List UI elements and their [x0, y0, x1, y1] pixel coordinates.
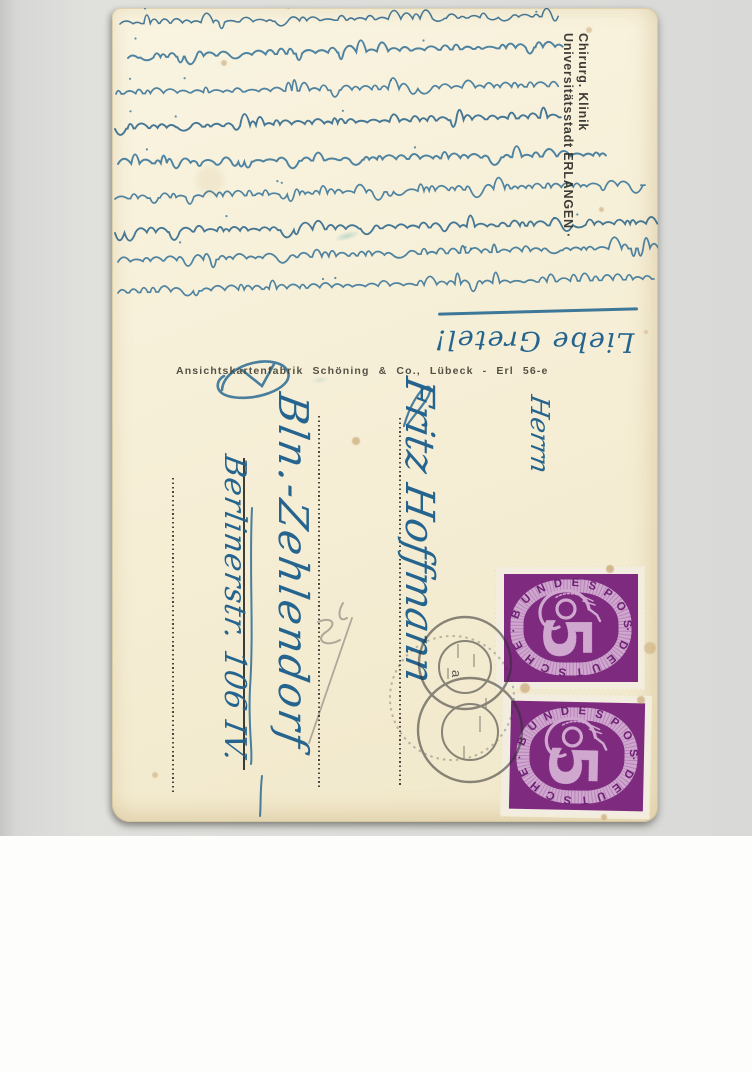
ink-smudge — [328, 226, 366, 247]
address-rule-1 — [172, 478, 174, 793]
foxing-spot — [606, 565, 614, 573]
svg-text:5: 5 — [528, 615, 605, 661]
foxing-spot — [352, 437, 360, 445]
postmark-index-letter: a — [449, 670, 464, 678]
foxing-spot — [586, 27, 592, 33]
foxing-spot — [637, 696, 645, 704]
postmark-illegible-date-marks — [448, 644, 486, 758]
foxing-spot — [520, 683, 530, 693]
salutation-script: Liebe Gretel! — [425, 318, 644, 361]
recipient-name-script: Fritz Hoffmann — [396, 374, 442, 687]
foxing-spot — [599, 207, 604, 212]
foxing-spot — [644, 330, 648, 334]
postcard: Universitätsstadt ERLANGEN · Chirurg. Kl… — [112, 8, 658, 822]
foxing-spot — [221, 60, 227, 66]
street-script: Berlinerstr. 106 IV. — [217, 452, 252, 765]
postage-stamp-2: ·DEUTSCHE·BUNDESPOST55 — [500, 692, 653, 819]
postage-stamp-1: ·DEUTSCHE·BUNDESPOST55 — [495, 566, 645, 690]
printed-caption: Universitätsstadt ERLANGEN · Chirurg. Kl… — [560, 33, 590, 265]
address-prefix-script: Herrn — [524, 393, 554, 475]
foxing-spot — [196, 166, 224, 194]
svg-text:5: 5 — [533, 742, 611, 790]
publisher-imprint: Ansichtskartenfabrik Schöning & Co., Lüb… — [176, 365, 549, 377]
salutation-underline — [438, 307, 638, 315]
foxing-spot — [152, 772, 158, 778]
foxing-spot — [601, 814, 607, 820]
foxing-spot — [644, 642, 656, 654]
caption-line-1: Universitätsstadt ERLANGEN · — [560, 33, 575, 265]
address-rule-3 — [318, 416, 320, 788]
city-script: Bln.-Zehlendorf — [269, 390, 317, 754]
caption-line-2: Chirurg. Klinik — [575, 33, 590, 265]
postcard-scan: Universitätsstadt ERLANGEN · Chirurg. Kl… — [0, 0, 752, 1072]
